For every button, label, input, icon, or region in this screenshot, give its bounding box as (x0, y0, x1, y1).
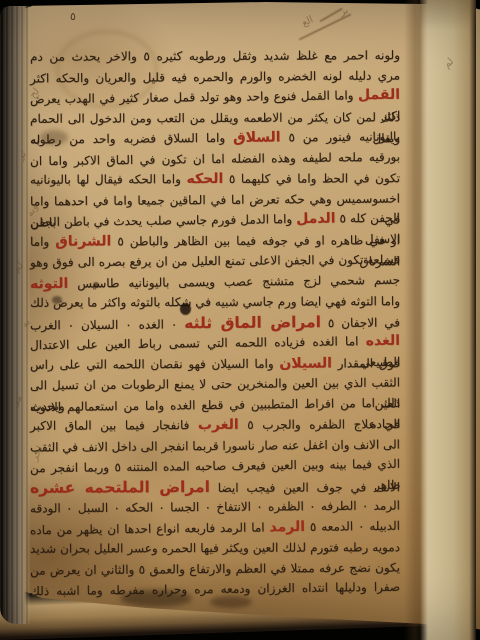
text-line: او في ظاهره او في جوفه فيما بين الظاهر و… (30, 230, 400, 252)
rubric-heading: السيلان (279, 355, 332, 371)
smudge-stain (120, 590, 192, 607)
body-text-segment: فوق المقدار (338, 356, 400, 370)
body-text-segment: اما الرمد فاربعه انواع احدها ان يظهر من … (30, 520, 265, 537)
body-text-segment: يكون نضج عرفه ممتلا في العظم والارتفاع و… (30, 560, 400, 577)
text-line: القمل واما القمل فنوع واحد وهو تولد قمل … (30, 85, 400, 110)
text-line: فوق المقدار السيلان واما السيلان فهو نقص… (30, 353, 400, 375)
page-edges-left (0, 6, 30, 624)
ink-blot (93, 282, 99, 288)
ink-blot (52, 296, 62, 304)
body-text-segment: صفرا ودليلها انتداه الغرزان ودمعه مره وح… (30, 580, 400, 598)
body-text-segment: في علاج الظفره والجرب ٥ (247, 417, 400, 432)
text-line: الانف في جوف العين فيجب ايضا امراض الملت… (30, 476, 400, 498)
rubric-heading: الرمد (269, 518, 305, 534)
body-text-segment: الى الانف وان اغفل عنه صار ناسورا قربما … (30, 437, 400, 454)
body-text-segment: او في ظاهره او في جوفه فيما بين الظاهر و… (117, 233, 400, 248)
body-text-segment: فسلعه تكون في الجفن الاعلى تمنع العليل م… (30, 252, 400, 269)
text-line: واما التوثه فهي ايضا ورم جاسي شبيه في شك… (30, 291, 400, 313)
manuscript-photo: ٥ ولونه احمر مع غلظ شديد وثقل ورطوبه كثي… (0, 0, 480, 640)
rubric-heading: امراض الماق ثلثه (184, 313, 321, 332)
body-text-segment: الانف في جوف العين فيجب ايضا (218, 480, 400, 495)
ink-blot (180, 303, 191, 315)
rubric-heading: امراض الملتحمه عشره (30, 478, 210, 497)
smudge-stain (40, 130, 68, 145)
text-block: ولونه احمر مع غلظ شديد وثقل ورطوبه كثيره… (30, 46, 400, 600)
text-line: في علاج الظفره والجرب ٥ الغرب فانفجار في… (30, 414, 400, 436)
text-line: دمويه رطبه فتورم لذلك العين ويكثر فيها ا… (30, 537, 400, 559)
text-line: ولونه احمر مع غلظ شديد وثقل ورطوبه كثيره… (30, 45, 400, 67)
body-text-segment: ٠ الغده ٠ السيلان ٠ الغرب (30, 317, 177, 332)
body-text-segment: في الاجفان ٥ (328, 315, 400, 330)
rubric-heading: السلاق (233, 129, 281, 145)
text-line: الغده اما الغده فزياده اللحمه التي تسمى … (30, 331, 400, 356)
smudge-stain (210, 596, 252, 608)
body-text-segment: باليونانيه فينور من ٥ (288, 129, 400, 144)
body-text-segment: واما السيلان فهو نقصان اللحمه التي على ر… (30, 356, 274, 371)
body-text-segment: بورقيه ملحه لطيفه وهذه الفضله اما ان تكو… (30, 149, 400, 167)
facing-page-edge (420, 0, 476, 640)
body-text-segment: دمويه رطبه فتورم لذلك العين ويكثر فيها ا… (30, 540, 400, 556)
body-text-segment: مري دليله لونه الخضره والورم والحمره فيه… (30, 68, 400, 85)
body-text-segment: واما التوثه فهي ايضا ورم جاسي شبيه في شك… (30, 294, 400, 310)
text-line: ذلك لمن كان يكثر من الاطعمه ويقلل من الت… (30, 107, 400, 129)
text-line: تكون في الحظ واما في كليهما ٥ الحكه واما… (30, 168, 400, 190)
rubric-heading: الدمل (296, 211, 336, 227)
body-text-segment: ولونه احمر مع غلظ شديد وثقل ورطوبه كثيره… (30, 48, 400, 64)
body-text-segment: تكون في الحظ واما في كليهما ٥ (229, 171, 400, 186)
rubric-heading: الغده (366, 333, 401, 349)
rubric-heading: القمل (358, 87, 400, 104)
rubric-heading: الغرب (198, 417, 239, 433)
folio-mark: ٥ (70, 10, 76, 23)
body-text-segment: واما الحكه فيقال لها باليونانيه (30, 172, 181, 187)
body-text-segment: الجفن كله ٥ (339, 211, 400, 226)
body-text-segment: فانفجار فيما بين الماق الاكبر (30, 418, 189, 433)
body-text-segment: الدبيله ٠ الدمعه ٥ (310, 518, 400, 533)
rubric-heading: الشرناق (55, 233, 111, 249)
rubric-heading: التوثه (30, 275, 68, 291)
rubric-heading: الحكه (186, 171, 223, 187)
text-line: الذي فيما بينه وبين العين فيعرف صاحبه ال… (30, 454, 400, 479)
body-text-segment: الرمد ٠ الطرفه ٠ الظفره ٠ الانتفاخ ٠ الج… (30, 498, 400, 515)
body-text-segment: جسم شحمي لزج متشنج عصب ويسمى باليونانيه … (77, 272, 400, 290)
